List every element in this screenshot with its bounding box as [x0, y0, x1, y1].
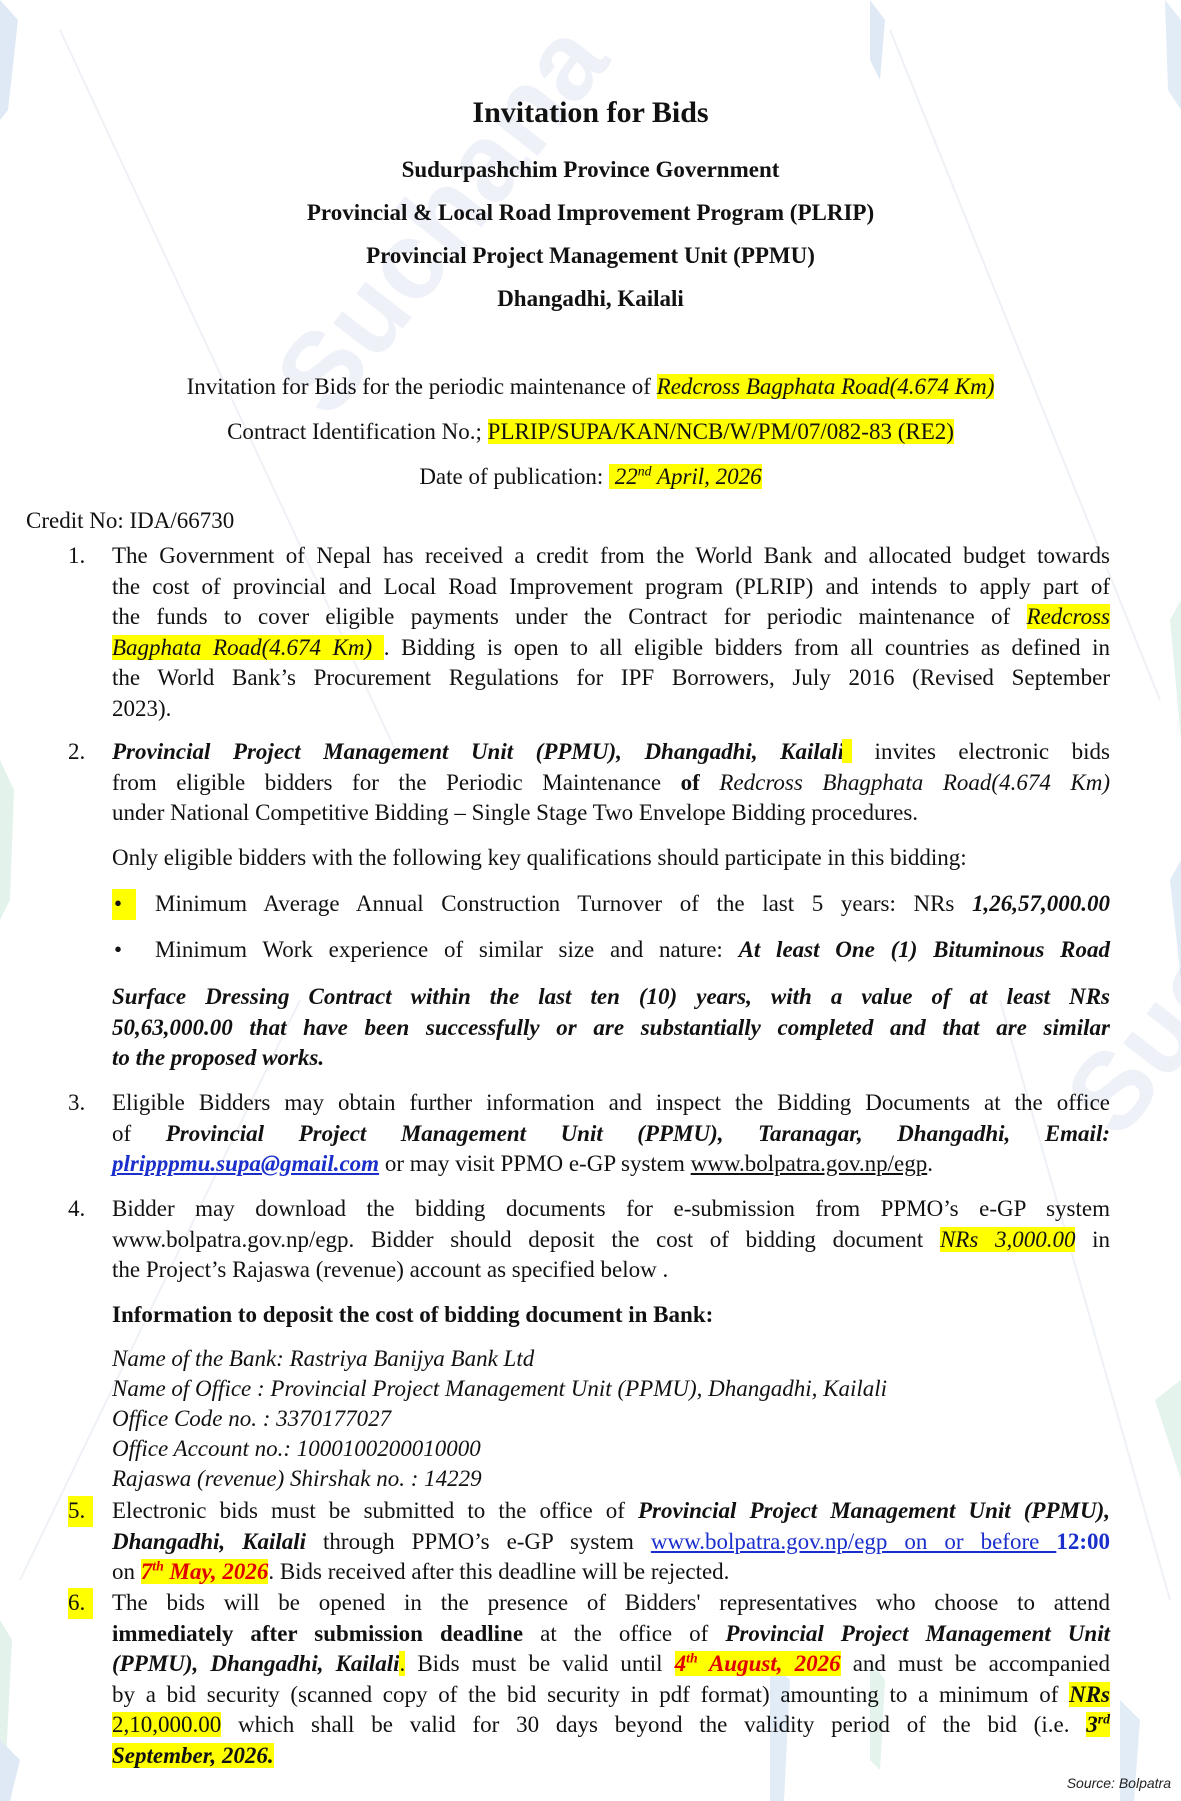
account-number: Office Account no.: 1000100200010000 [112, 1434, 887, 1464]
road-name: Redcross Bagphata Road(4.674 Km) [657, 374, 995, 399]
document-fee: NRs 3,000.00 [940, 1227, 1076, 1252]
email-link[interactable]: plripppmu.supa@gmail.com [112, 1151, 379, 1176]
security-validity-date: September, 2026. [112, 1743, 274, 1768]
bank-info-heading: Information to deposit the cost of biddi… [112, 1300, 713, 1331]
deadline-date: 7th May, 2026 [141, 1559, 269, 1584]
contract-line: Contract Identification No.; PLRIP/SUPA/… [0, 419, 1181, 445]
publication-date-line: Date of publication: 22nd April, 2026 [0, 464, 1181, 490]
bid-validity-date: 4th August, 2026 [675, 1651, 841, 1676]
publication-date: 22nd April, 2026 [609, 464, 762, 489]
header-line-program: Provincial & Local Road Improvement Prog… [0, 200, 1181, 226]
page-title: Invitation for Bids [0, 96, 1181, 130]
source-credit: Source: Bolpatra [1067, 1775, 1171, 1791]
ifb-line: Invitation for Bids for the periodic mai… [0, 374, 1181, 400]
header-line-location: Dhangadhi, Kailali [0, 286, 1181, 312]
header-line-government: Sudurpashchim Province Government [0, 157, 1181, 183]
bolpatra-link[interactable]: www.bolpatra.gov.np/egp [691, 1151, 928, 1176]
contract-number: PLRIP/SUPA/KAN/NCB/W/PM/07/082-83 (RE2) [488, 419, 954, 444]
submission-link[interactable]: www.bolpatra.gov.np/egp on or before [651, 1529, 1056, 1554]
revenue-code: Rajaswa (revenue) Shirshak no. : 14229 [112, 1464, 887, 1494]
bullet-icon: • [112, 889, 136, 920]
bank-info: Name of the Bank: Rastriya Banijya Bank … [112, 1344, 887, 1494]
bullet-icon: • [112, 935, 122, 966]
office-code: Office Code no. : 3370177027 [112, 1404, 887, 1434]
office-name: Name of Office : Provincial Project Mana… [112, 1374, 887, 1404]
bid-security-amount: 2,10,000.00 [112, 1712, 221, 1737]
deadline-time: 12:00 [1056, 1529, 1110, 1554]
header-line-unit: Provincial Project Management Unit (PPMU… [0, 243, 1181, 269]
bank-name: Name of the Bank: Rastriya Banijya Bank … [112, 1344, 887, 1374]
credit-number: Credit No: IDA/66730 [26, 508, 234, 534]
